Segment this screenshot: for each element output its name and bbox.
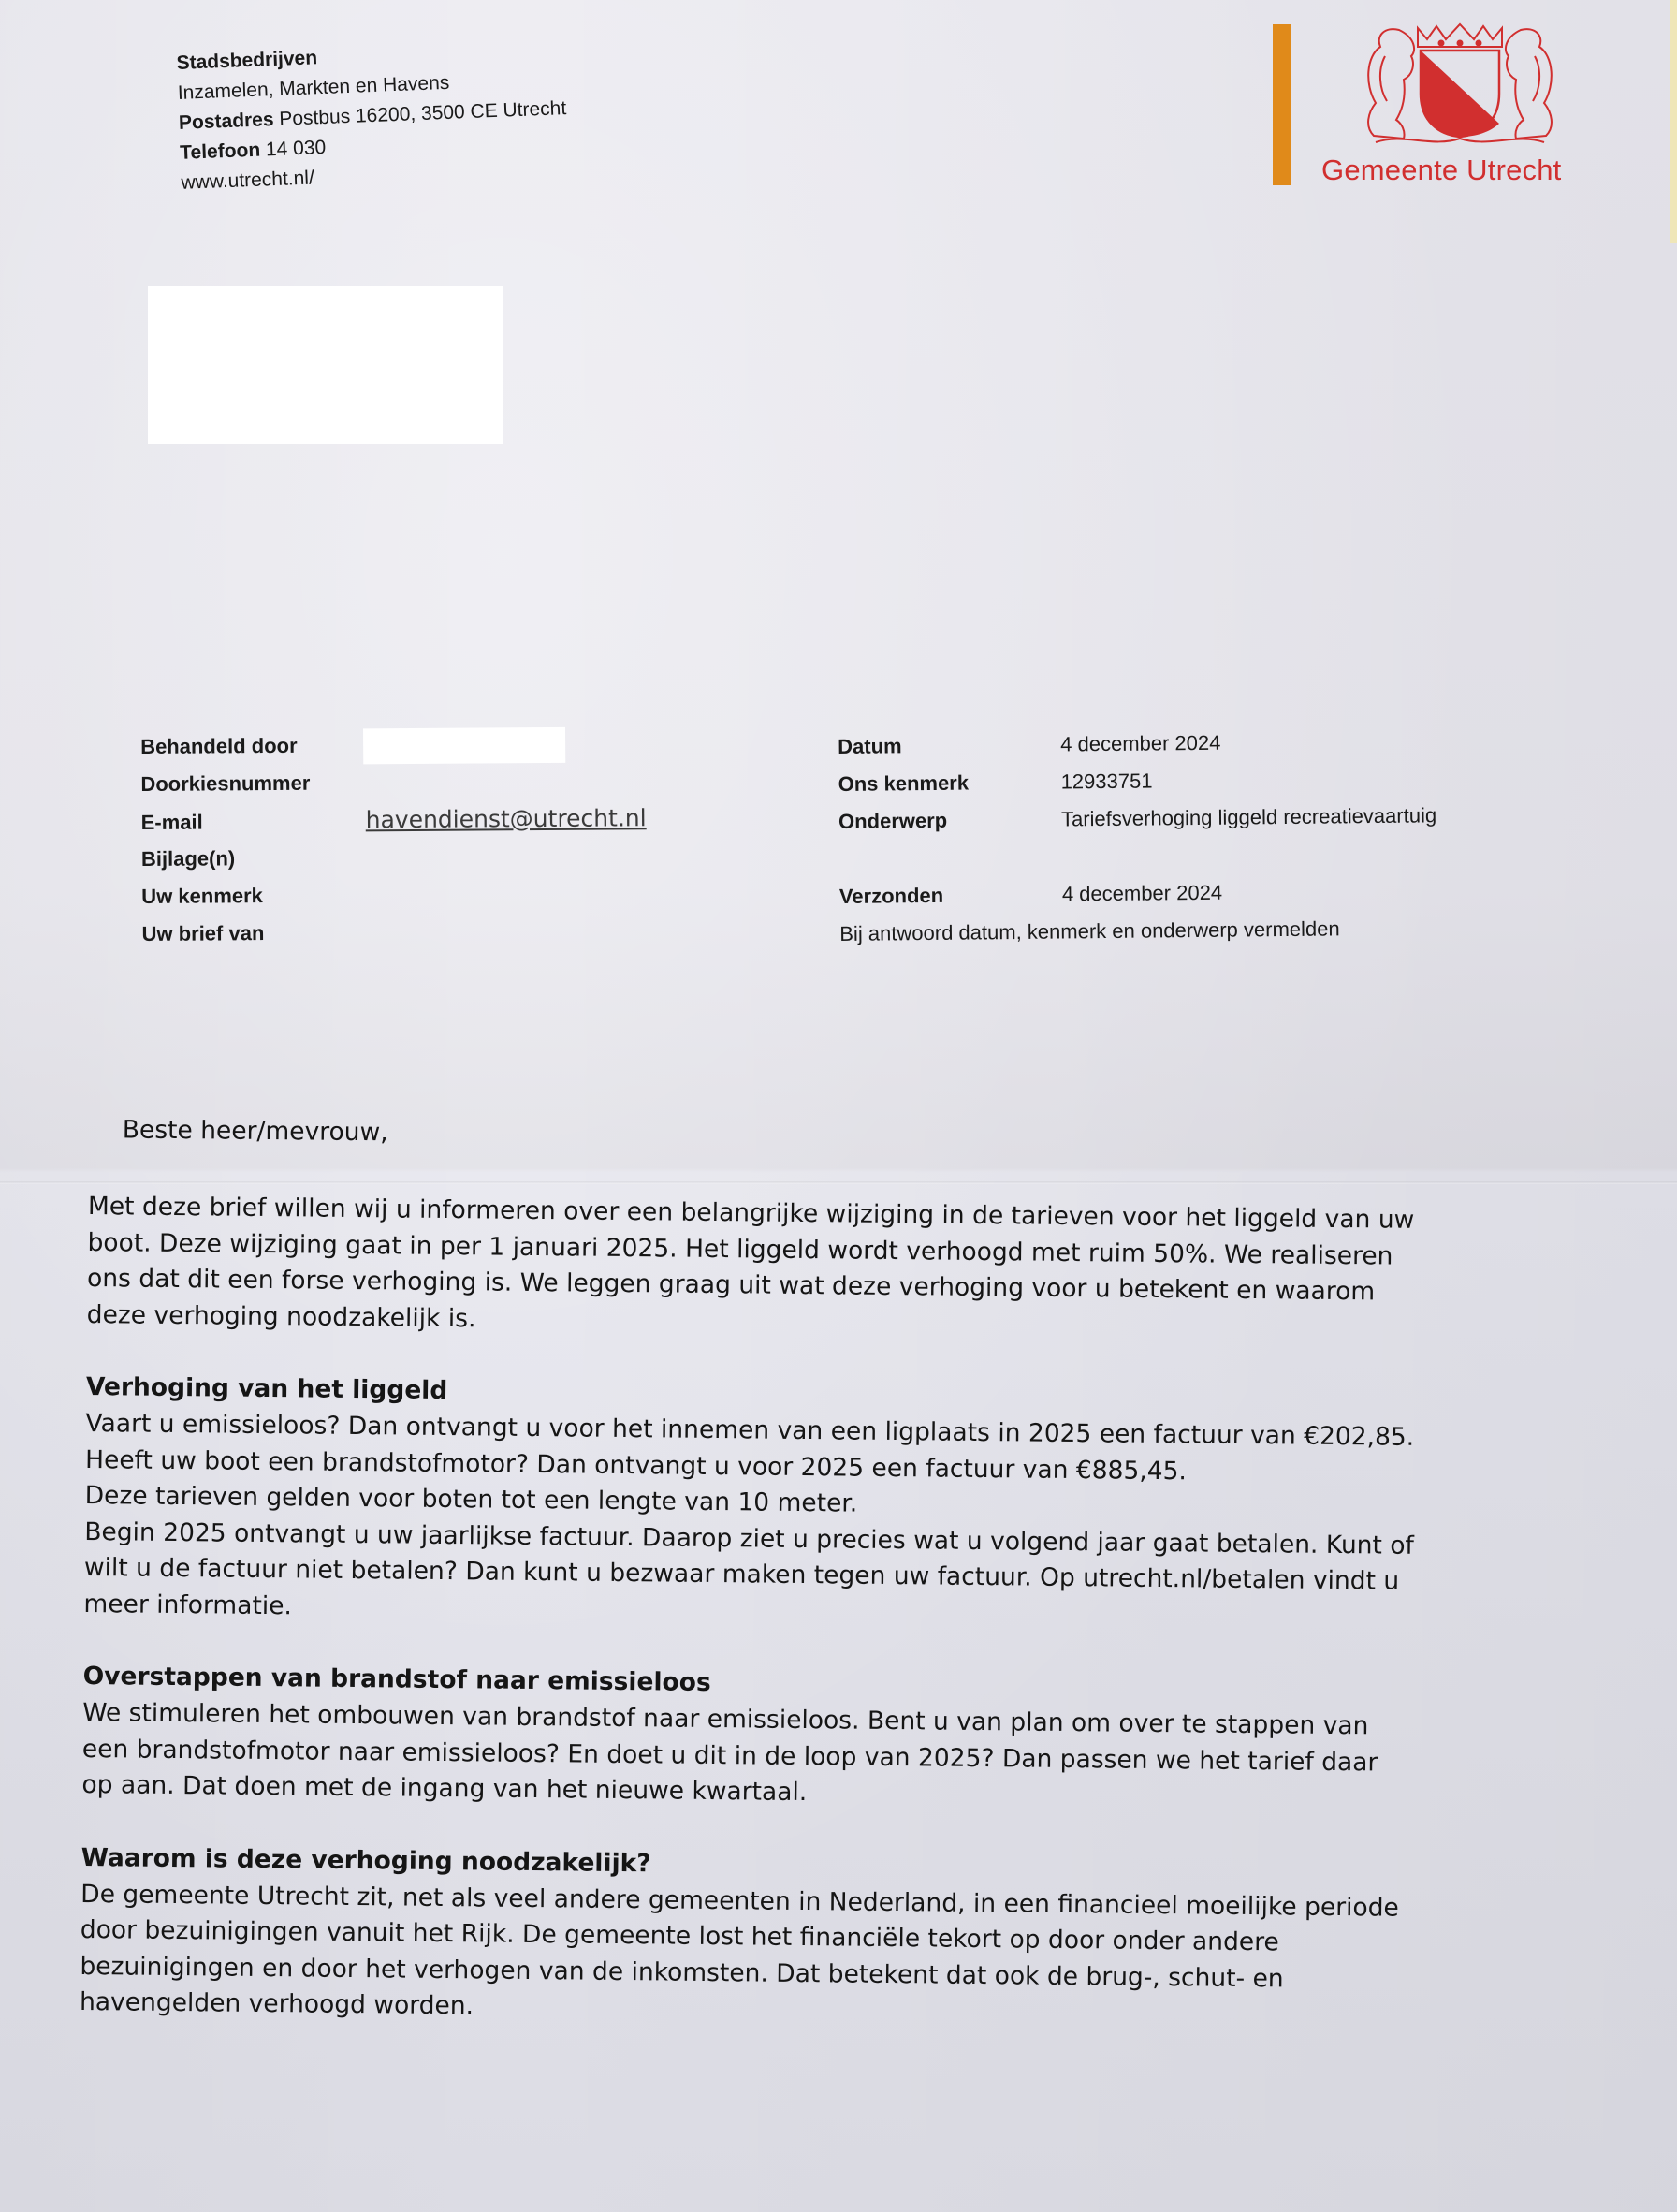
meta-label: Behandeld door xyxy=(140,726,365,766)
meta-row-ons-kenmerk: Ons kenmerk12933751 xyxy=(838,759,1436,803)
paper-edge xyxy=(1670,0,1677,243)
section-overstappen: Overstappen van brandstof naar emissielo… xyxy=(81,1658,1524,1819)
gemeente-utrecht-logo: Gemeente Utrecht xyxy=(1329,19,1600,187)
phone-label: Telefoon xyxy=(180,139,261,164)
meta-label: Datum xyxy=(838,726,1060,766)
meta-row-uw-brief-van: Uw brief van xyxy=(141,912,647,953)
meta-row-bijlagen: Bijlage(n) xyxy=(141,837,647,878)
meta-label: Ons kenmerk xyxy=(838,764,1060,803)
logo-accent-bar xyxy=(1273,24,1291,185)
meta-label: Doorkiesnummer xyxy=(140,764,365,803)
phone-number: 14 030 xyxy=(266,137,327,160)
logo-wordmark: Gemeente Utrecht xyxy=(1321,154,1600,187)
meta-row-doorkiesnummer: Doorkiesnummer xyxy=(140,762,646,803)
intro-paragraph: Met deze brief willen wij u informeren o… xyxy=(87,1189,1530,1348)
meta-row-datum: Datum4 december 2024 xyxy=(838,722,1436,766)
meta-label: Uw brief van xyxy=(141,914,366,953)
utrecht-coat-of-arms-icon xyxy=(1348,19,1572,152)
sender-block: Stadsbedrijven Inzamelen, Markten en Hav… xyxy=(176,34,569,198)
email-link[interactable]: havendienst@utrecht.nl xyxy=(366,804,647,833)
meta-label: Onderwerp xyxy=(838,801,1061,841)
meta-row-behandeld-door: Behandeld door xyxy=(140,725,646,766)
postal-address: Postbus 16200, 3500 CE Utrecht xyxy=(279,97,567,130)
section-verhoging: Verhoging van het liggeld Vaart u emissi… xyxy=(83,1369,1527,1637)
meta-label: E-mail xyxy=(141,802,366,842)
meta-label: Uw kenmerk xyxy=(141,876,366,916)
postal-label: Postadres xyxy=(179,109,274,134)
redacted-handler-name xyxy=(363,727,565,765)
redacted-recipient-address xyxy=(148,286,503,444)
meta-row-onderwerp: OnderwerpTariefsverhoging liggeld recrea… xyxy=(838,797,1437,841)
meta-row-email: E-mailhavendienst@utrecht.nl xyxy=(141,799,647,841)
section-waarom: Waarom is deze verhoging noodzakelijk? D… xyxy=(80,1838,1523,2035)
meta-row-verzonden: Verzonden4 december 2024 xyxy=(839,872,1438,916)
meta-label: Verzonden xyxy=(839,875,1062,915)
meta-value: 12933751 xyxy=(1060,769,1152,793)
meta-value: 4 december 2024 xyxy=(1062,881,1222,906)
letter-body: Beste heer/mevrouw, Met deze brief wille… xyxy=(80,1112,1530,2036)
greeting: Beste heer/mevrouw, xyxy=(123,1112,1530,1163)
meta-value: 4 december 2024 xyxy=(1060,731,1220,756)
meta-row-uw-kenmerk: Uw kenmerk xyxy=(141,874,647,916)
letter-meta-left: Behandeld door Doorkiesnummer E-mailhave… xyxy=(140,725,648,953)
meta-label: Bijlage(n) xyxy=(141,839,366,878)
letter-meta-right: Datum4 december 2024 Ons kenmerk12933751… xyxy=(838,722,1438,953)
reply-note: Bij antwoord datum, kenmerk en onderwerp… xyxy=(839,909,1438,953)
meta-value: Tariefsverhoging liggeld recreatievaartu… xyxy=(1061,803,1436,830)
